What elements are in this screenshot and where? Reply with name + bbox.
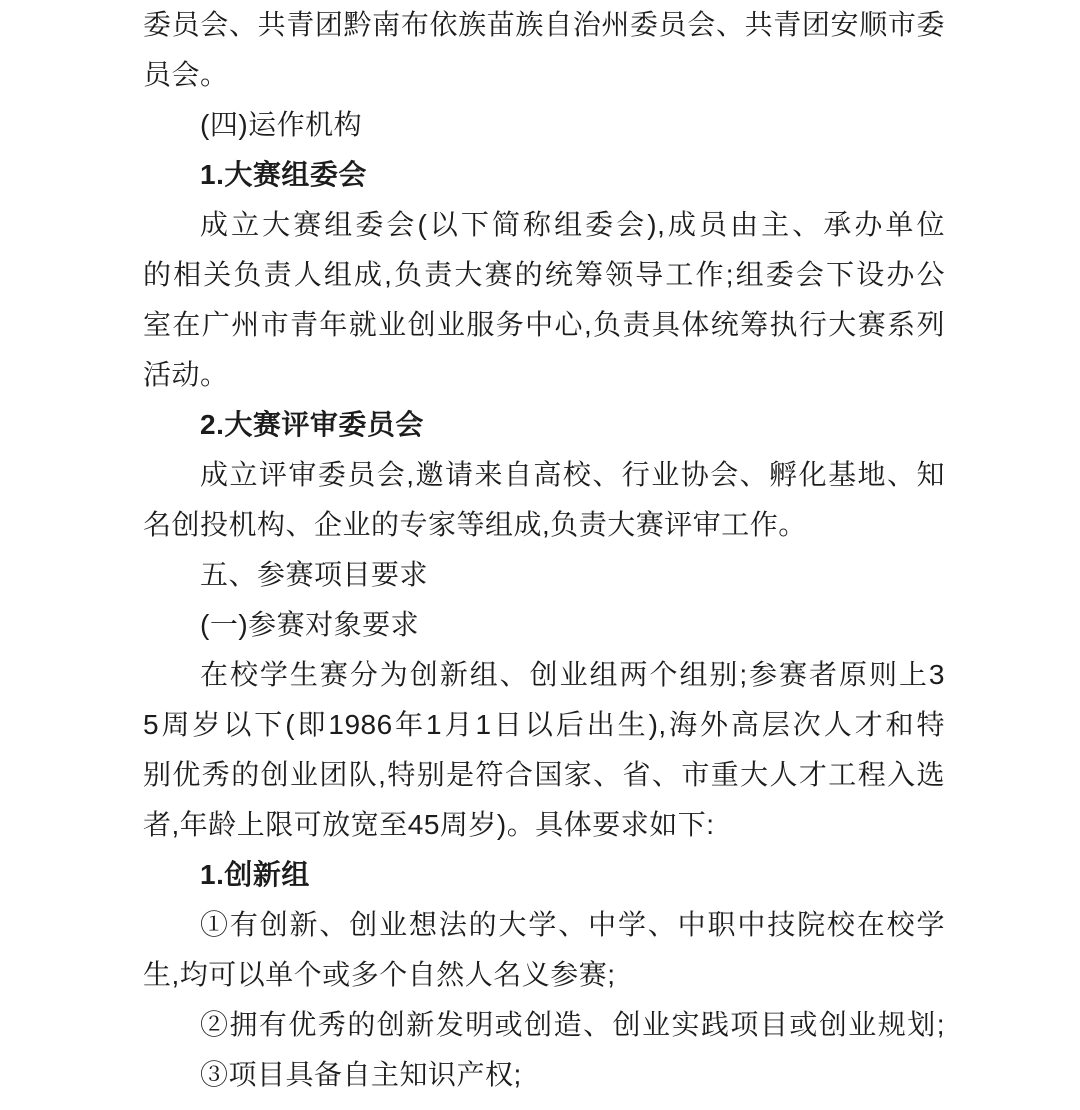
text-line: 2.大赛评审委员会 (143, 400, 945, 450)
text-line: 在校学生赛分为创新组、创业组两个组别;参赛者原则上3 (143, 650, 945, 700)
document-text-block: 委员会、共青团黔南布依族苗族自治州委员会、共青团安顺市委员会。(四)运作机构1.… (143, 0, 945, 1100)
text-line: 成立大赛组委会(以下简称组委会),成员由主、承办单位 (143, 200, 945, 250)
text-line: ①有创新、创业想法的大学、中学、中职中技院校在校学 (143, 900, 945, 950)
text-line: 员会。 (143, 50, 945, 100)
text-line: 1.大赛组委会 (143, 150, 945, 200)
text-line: ②拥有优秀的创新发明或创造、创业实践项目或创业规划; (143, 1000, 945, 1050)
text-line: 5周岁以下(即1986年1月1日以后出生),海外高层次人才和特 (143, 700, 945, 750)
document-page: 委员会、共青团黔南布依族苗族自治州委员会、共青团安顺市委员会。(四)运作机构1.… (0, 0, 1080, 1110)
text-line: 1.创新组 (143, 850, 945, 900)
text-line: 活动。 (143, 350, 945, 400)
text-line: 生,均可以单个或多个自然人名义参赛; (143, 950, 945, 1000)
text-line: (四)运作机构 (143, 100, 945, 150)
text-line: ③项目具备自主知识产权; (143, 1050, 945, 1100)
text-line: 名创投机构、企业的专家等组成,负责大赛评审工作。 (143, 500, 945, 550)
text-line: 五、参赛项目要求 (143, 550, 945, 600)
text-line: 成立评审委员会,邀请来自高校、行业协会、孵化基地、知 (143, 450, 945, 500)
text-line: (一)参赛对象要求 (143, 600, 945, 650)
text-line: 的相关负责人组成,负责大赛的统筹领导工作;组委会下设办公 (143, 250, 945, 300)
text-line: 室在广州市青年就业创业服务中心,负责具体统筹执行大赛系列 (143, 300, 945, 350)
text-line: 别优秀的创业团队,特别是符合国家、省、市重大人才工程入选 (143, 750, 945, 800)
text-line: 委员会、共青团黔南布依族苗族自治州委员会、共青团安顺市委 (143, 0, 945, 50)
screenshot-root: { "page": { "background": "#ffffff", "te… (0, 0, 1080, 1110)
text-line: 者,年龄上限可放宽至45周岁)。具体要求如下: (143, 800, 945, 850)
